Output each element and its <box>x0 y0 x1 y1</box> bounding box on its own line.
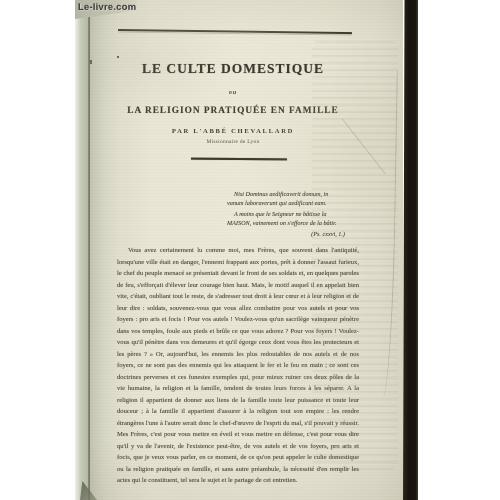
book-scan-photo: LE CULTE DOMESTIQUE ou LA RELIGION PRATI… <box>75 0 418 500</box>
divider-rule <box>191 158 287 161</box>
epigraph-french-line-1: A moins que le Seigneur ne bâtisse la <box>227 211 351 220</box>
epigraph: Nisi Dominus aedificaverit domum, in van… <box>227 191 351 239</box>
page-edge-mark <box>90 60 92 64</box>
epigraph-latin-line-2: vanum laboraverunt qui aedificant eam. <box>227 200 351 209</box>
header-rule <box>118 29 352 34</box>
article-title: LE CULTE DOMESTIQUE <box>90 61 376 77</box>
epigraph-french-line-2: MAISON, vainement on s'efforce de la bât… <box>227 220 351 229</box>
article-byline: PAR L'ABBÉ CHEVALLARD <box>90 128 376 135</box>
body-paragraph: Vous avez certainement lu comme moi, mes… <box>117 245 359 487</box>
article-subtitle: LA RELIGION PRATIQUÉE EN FAMILLE <box>90 106 376 116</box>
byline-note: Missionnaire de Lyon <box>90 139 376 145</box>
facing-page-edge <box>75 0 88 500</box>
seller-watermark: Le-livre.com <box>78 2 136 13</box>
book-page: LE CULTE DOMESTIQUE ou LA RELIGION PRATI… <box>90 0 403 500</box>
title-connector: ou <box>90 90 376 96</box>
ink-speck <box>117 56 119 58</box>
epigraph-latin-line-1: Nisi Dominus aedificaverit domum, in <box>227 191 351 200</box>
page-content: LE CULTE DOMESTIQUE ou LA RELIGION PRATI… <box>90 0 403 500</box>
epigraph-reference: (Ps. cxxvi, 1.) <box>227 231 351 240</box>
spine-shadow <box>403 0 418 500</box>
